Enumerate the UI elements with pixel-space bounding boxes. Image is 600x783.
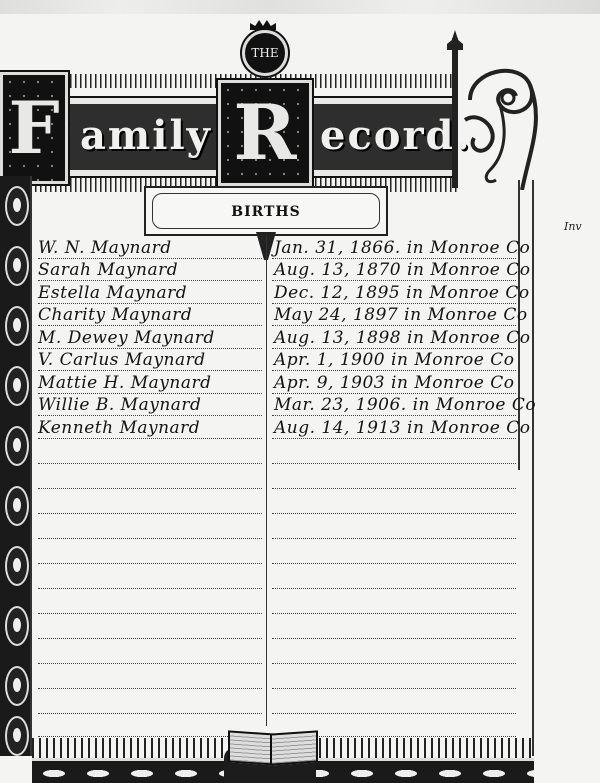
- rule-line: [272, 513, 516, 514]
- rule-line: [38, 438, 262, 439]
- register-row-empty: [34, 616, 518, 639]
- birth-name: M. Dewey Maynard: [38, 328, 215, 348]
- rule-line: [272, 638, 516, 639]
- birth-place: in Monroe Co: [407, 238, 530, 258]
- birth-date: Dec. 12, 1895 in Monroe Co: [274, 283, 530, 303]
- register-row: Sarah Maynard Aug. 13, 1870 in Monroe Co: [34, 259, 518, 282]
- rule-line: [38, 463, 262, 464]
- register-row-empty: [34, 466, 518, 489]
- birth-name: Willie B. Maynard: [38, 395, 201, 415]
- rule-line: [272, 613, 516, 614]
- border-chain-link-icon: [5, 606, 29, 646]
- border-chain-link-icon: [5, 426, 29, 466]
- birth-name: Mattie H. Maynard: [38, 373, 211, 393]
- birth-date: Jan. 31, 1866. in Monroe Co: [274, 238, 530, 258]
- birth-date: Aug. 13, 1870 in Monroe Co: [274, 260, 530, 280]
- register-row-empty: [34, 441, 518, 464]
- birth-date: Aug. 13, 1898 in Monroe Co: [274, 328, 530, 348]
- birth-date: Aug. 14, 1913 in Monroe Co: [274, 418, 530, 438]
- left-decorative-border: [0, 176, 30, 756]
- register-row-empty: [34, 491, 518, 514]
- register-row: Willie B. Maynard Mar. 23, 1906. in Monr…: [34, 394, 518, 417]
- rule-line: [38, 613, 262, 614]
- border-chain-link-icon: [5, 246, 29, 286]
- rule-line: [272, 538, 516, 539]
- register-row-empty: [34, 666, 518, 689]
- border-chain-link-icon: [5, 546, 29, 586]
- rule-line: [38, 663, 262, 664]
- banner-word-record: ecord.: [320, 112, 471, 160]
- the-medallion: THE: [242, 30, 288, 76]
- register-row-empty: [34, 516, 518, 539]
- border-chain-link-icon: [5, 486, 29, 526]
- register-row-empty: [34, 566, 518, 589]
- banner-word-family: amily: [80, 112, 212, 160]
- rule-line: [38, 488, 262, 489]
- rule-line: [38, 563, 262, 564]
- open-bible-icon: [218, 730, 322, 783]
- birth-date: Mar. 23, 1906. in Monroe Co: [274, 395, 536, 415]
- birth-place: in Monroe Co: [407, 328, 530, 348]
- bible-page-right: [270, 730, 318, 765]
- register-row-empty: [34, 691, 518, 714]
- birth-name: Estella Maynard: [38, 283, 187, 303]
- rule-line: [38, 688, 262, 689]
- register-row: M. Dewey Maynard Aug. 13, 1898 in Monroe…: [34, 326, 518, 349]
- birth-place: in Monroe Co: [407, 418, 530, 438]
- rule-line: [272, 463, 516, 464]
- initial-f: F: [8, 85, 59, 170]
- margin-note: Inv: [564, 220, 582, 233]
- birth-date: Apr. 1, 1900 in Monroe Co: [274, 350, 514, 370]
- births-title-frame: BIRTHS: [144, 186, 388, 236]
- banner-post: [452, 38, 458, 188]
- bible-page-left: [228, 730, 276, 765]
- birth-place: in Monroe Co: [413, 395, 536, 415]
- birth-place: in Monroe Co: [406, 283, 529, 303]
- birth-place: in Monroe Co: [407, 260, 530, 280]
- register-row: Charity Maynard May 24, 1897 in Monroe C…: [34, 304, 518, 327]
- family-record-banner: amily ecord. F R: [0, 86, 458, 176]
- birth-place: in Monroe Co: [404, 305, 527, 325]
- register-row-empty: [34, 541, 518, 564]
- birth-name: W. N. Maynard: [38, 238, 172, 258]
- rule-line: [272, 563, 516, 564]
- birth-date: Apr. 9, 1903 in Monroe Co: [274, 373, 514, 393]
- birth-place: in Monroe Co: [391, 373, 514, 393]
- birth-name: V. Carlus Maynard: [38, 350, 206, 370]
- birth-place: in Monroe Co: [391, 350, 514, 370]
- left-rule: [30, 176, 32, 756]
- rule-line: [272, 688, 516, 689]
- initial-r-block: R: [218, 80, 312, 186]
- birth-name: Charity Maynard: [38, 305, 192, 325]
- rule-line: [272, 438, 516, 439]
- rule-line: [272, 663, 516, 664]
- border-chain-link-icon: [5, 666, 29, 706]
- rule-line: [38, 638, 262, 639]
- section-title: BIRTHS: [231, 204, 301, 220]
- the-label: THE: [251, 46, 278, 60]
- birth-date: May 24, 1897 in Monroe Co: [274, 305, 528, 325]
- birth-name: Sarah Maynard: [38, 260, 178, 280]
- rule-line: [38, 538, 262, 539]
- register-row: V. Carlus Maynard Apr. 1, 1900 in Monroe…: [34, 349, 518, 372]
- right-frame-rule: [532, 180, 534, 756]
- border-chain-link-icon: [5, 366, 29, 406]
- rule-line: [38, 588, 262, 589]
- initial-r: R: [233, 88, 296, 177]
- register-row: Kenneth Maynard Aug. 14, 1913 in Monroe …: [34, 416, 518, 439]
- border-chain-link-icon: [5, 186, 29, 226]
- scroll-ornament-icon: [460, 60, 544, 190]
- border-chain-link-icon: [5, 716, 29, 756]
- births-title-inner: BIRTHS: [152, 193, 380, 229]
- rule-line: [272, 488, 516, 489]
- crown-ornament-icon: [250, 20, 276, 30]
- birth-name: Kenneth Maynard: [38, 418, 200, 438]
- register-row-empty: [34, 641, 518, 664]
- scan-smudge: [0, 0, 600, 14]
- register-row-empty: [34, 591, 518, 614]
- rule-line: [272, 588, 516, 589]
- births-register: W. N. Maynard Jan. 31, 1866. in Monroe C…: [34, 236, 518, 736]
- register-row: Estella Maynard Dec. 12, 1895 in Monroe …: [34, 281, 518, 304]
- register-row: W. N. Maynard Jan. 31, 1866. in Monroe C…: [34, 236, 518, 259]
- initial-f-block: F: [0, 72, 68, 184]
- border-chain-link-icon: [5, 306, 29, 346]
- rule-line: [38, 513, 262, 514]
- register-row: Mattie H. Maynard Apr. 9, 1903 in Monroe…: [34, 371, 518, 394]
